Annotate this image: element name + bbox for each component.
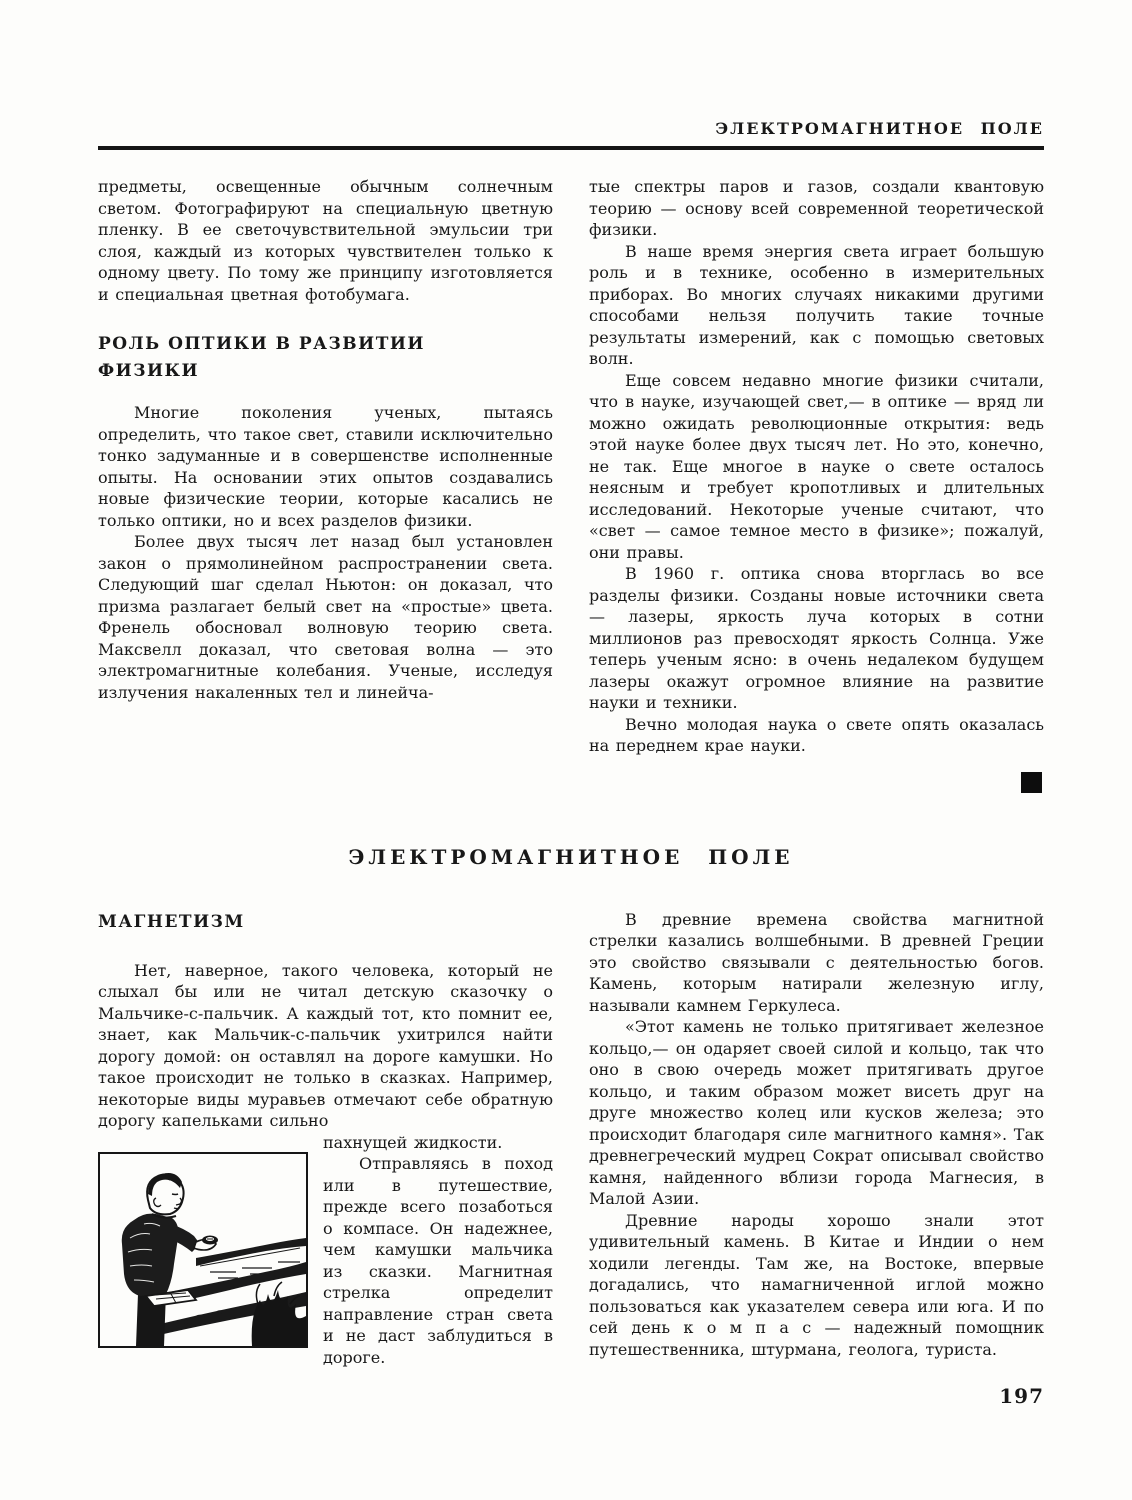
optics-right-column: тые спектры паров и газов, создали квант… — [589, 176, 1044, 793]
paragraph: Еще совсем недавно многие физики считали… — [589, 370, 1044, 564]
paragraph: В древние времена свойства магнитной стр… — [589, 909, 1044, 1017]
paragraph: тые спектры паров и газов, создали квант… — [589, 176, 1044, 241]
magnetism-left-column: МАГНЕТИЗМ Нет, наверное, такого человека… — [98, 909, 553, 1369]
optics-left-column: предметы, освещенные обычным солнечным с… — [98, 176, 553, 793]
boy-with-compass-drawing — [100, 1154, 306, 1346]
chapter-title: ЭЛЕКТРОМАГНИТНОЕ ПОЛЕ — [98, 845, 1044, 869]
paragraph: Многие поколения ученых, пытаясь определ… — [98, 402, 553, 531]
heading-role-of-optics: РОЛЬ ОПТИКИ В РАЗВИТИИ ФИЗИКИ — [98, 331, 428, 385]
magnetism-right-column: В древние времена свойства магнитной стр… — [589, 909, 1044, 1369]
paragraph: Более двух тысяч лет назад был установле… — [98, 531, 553, 703]
running-head: ЭЛЕКТРОМАГНИТНОЕ ПОЛЕ — [98, 119, 1044, 138]
paragraph: «Этот камень не только притягивает желез… — [589, 1016, 1044, 1210]
page-footer: 197 — [98, 1384, 1044, 1408]
section-end-square — [1021, 772, 1042, 793]
illustration-wrap-block: пахнущей жидкости. Отправляясь в поход и… — [98, 1132, 553, 1369]
paragraph-optics-continuation: предметы, освещенные обычным солнечным с… — [98, 176, 553, 305]
paragraph: В наше время энергия света играет большу… — [589, 241, 1044, 370]
page-number: 197 — [999, 1384, 1044, 1408]
boy-with-compass-illustration — [98, 1152, 308, 1348]
paragraph: Нет, наверное, такого человека, который … — [98, 960, 553, 1132]
page-header: ЭЛЕКТРОМАГНИТНОЕ ПОЛЕ — [98, 119, 1044, 150]
paragraph: Вечно молодая наука о свете опять оказал… — [589, 714, 1044, 757]
paragraph-wrapped-continuation: пахнущей жидкости. — [98, 1132, 553, 1154]
book-page: ЭЛЕКТРОМАГНИТНОЕ ПОЛЕ предметы, освещенн… — [0, 0, 1132, 1500]
section-magnetism: МАГНЕТИЗМ Нет, наверное, такого человека… — [98, 909, 1044, 1369]
section-optics: предметы, освещенные обычным солнечным с… — [98, 176, 1044, 793]
paragraph: Древние народы хорошо знали этот удивите… — [589, 1210, 1044, 1361]
header-rule — [98, 146, 1044, 150]
heading-magnetism: МАГНЕТИЗМ — [98, 909, 428, 936]
paragraph: В 1960 г. оптика снова вторглась во все … — [589, 563, 1044, 714]
